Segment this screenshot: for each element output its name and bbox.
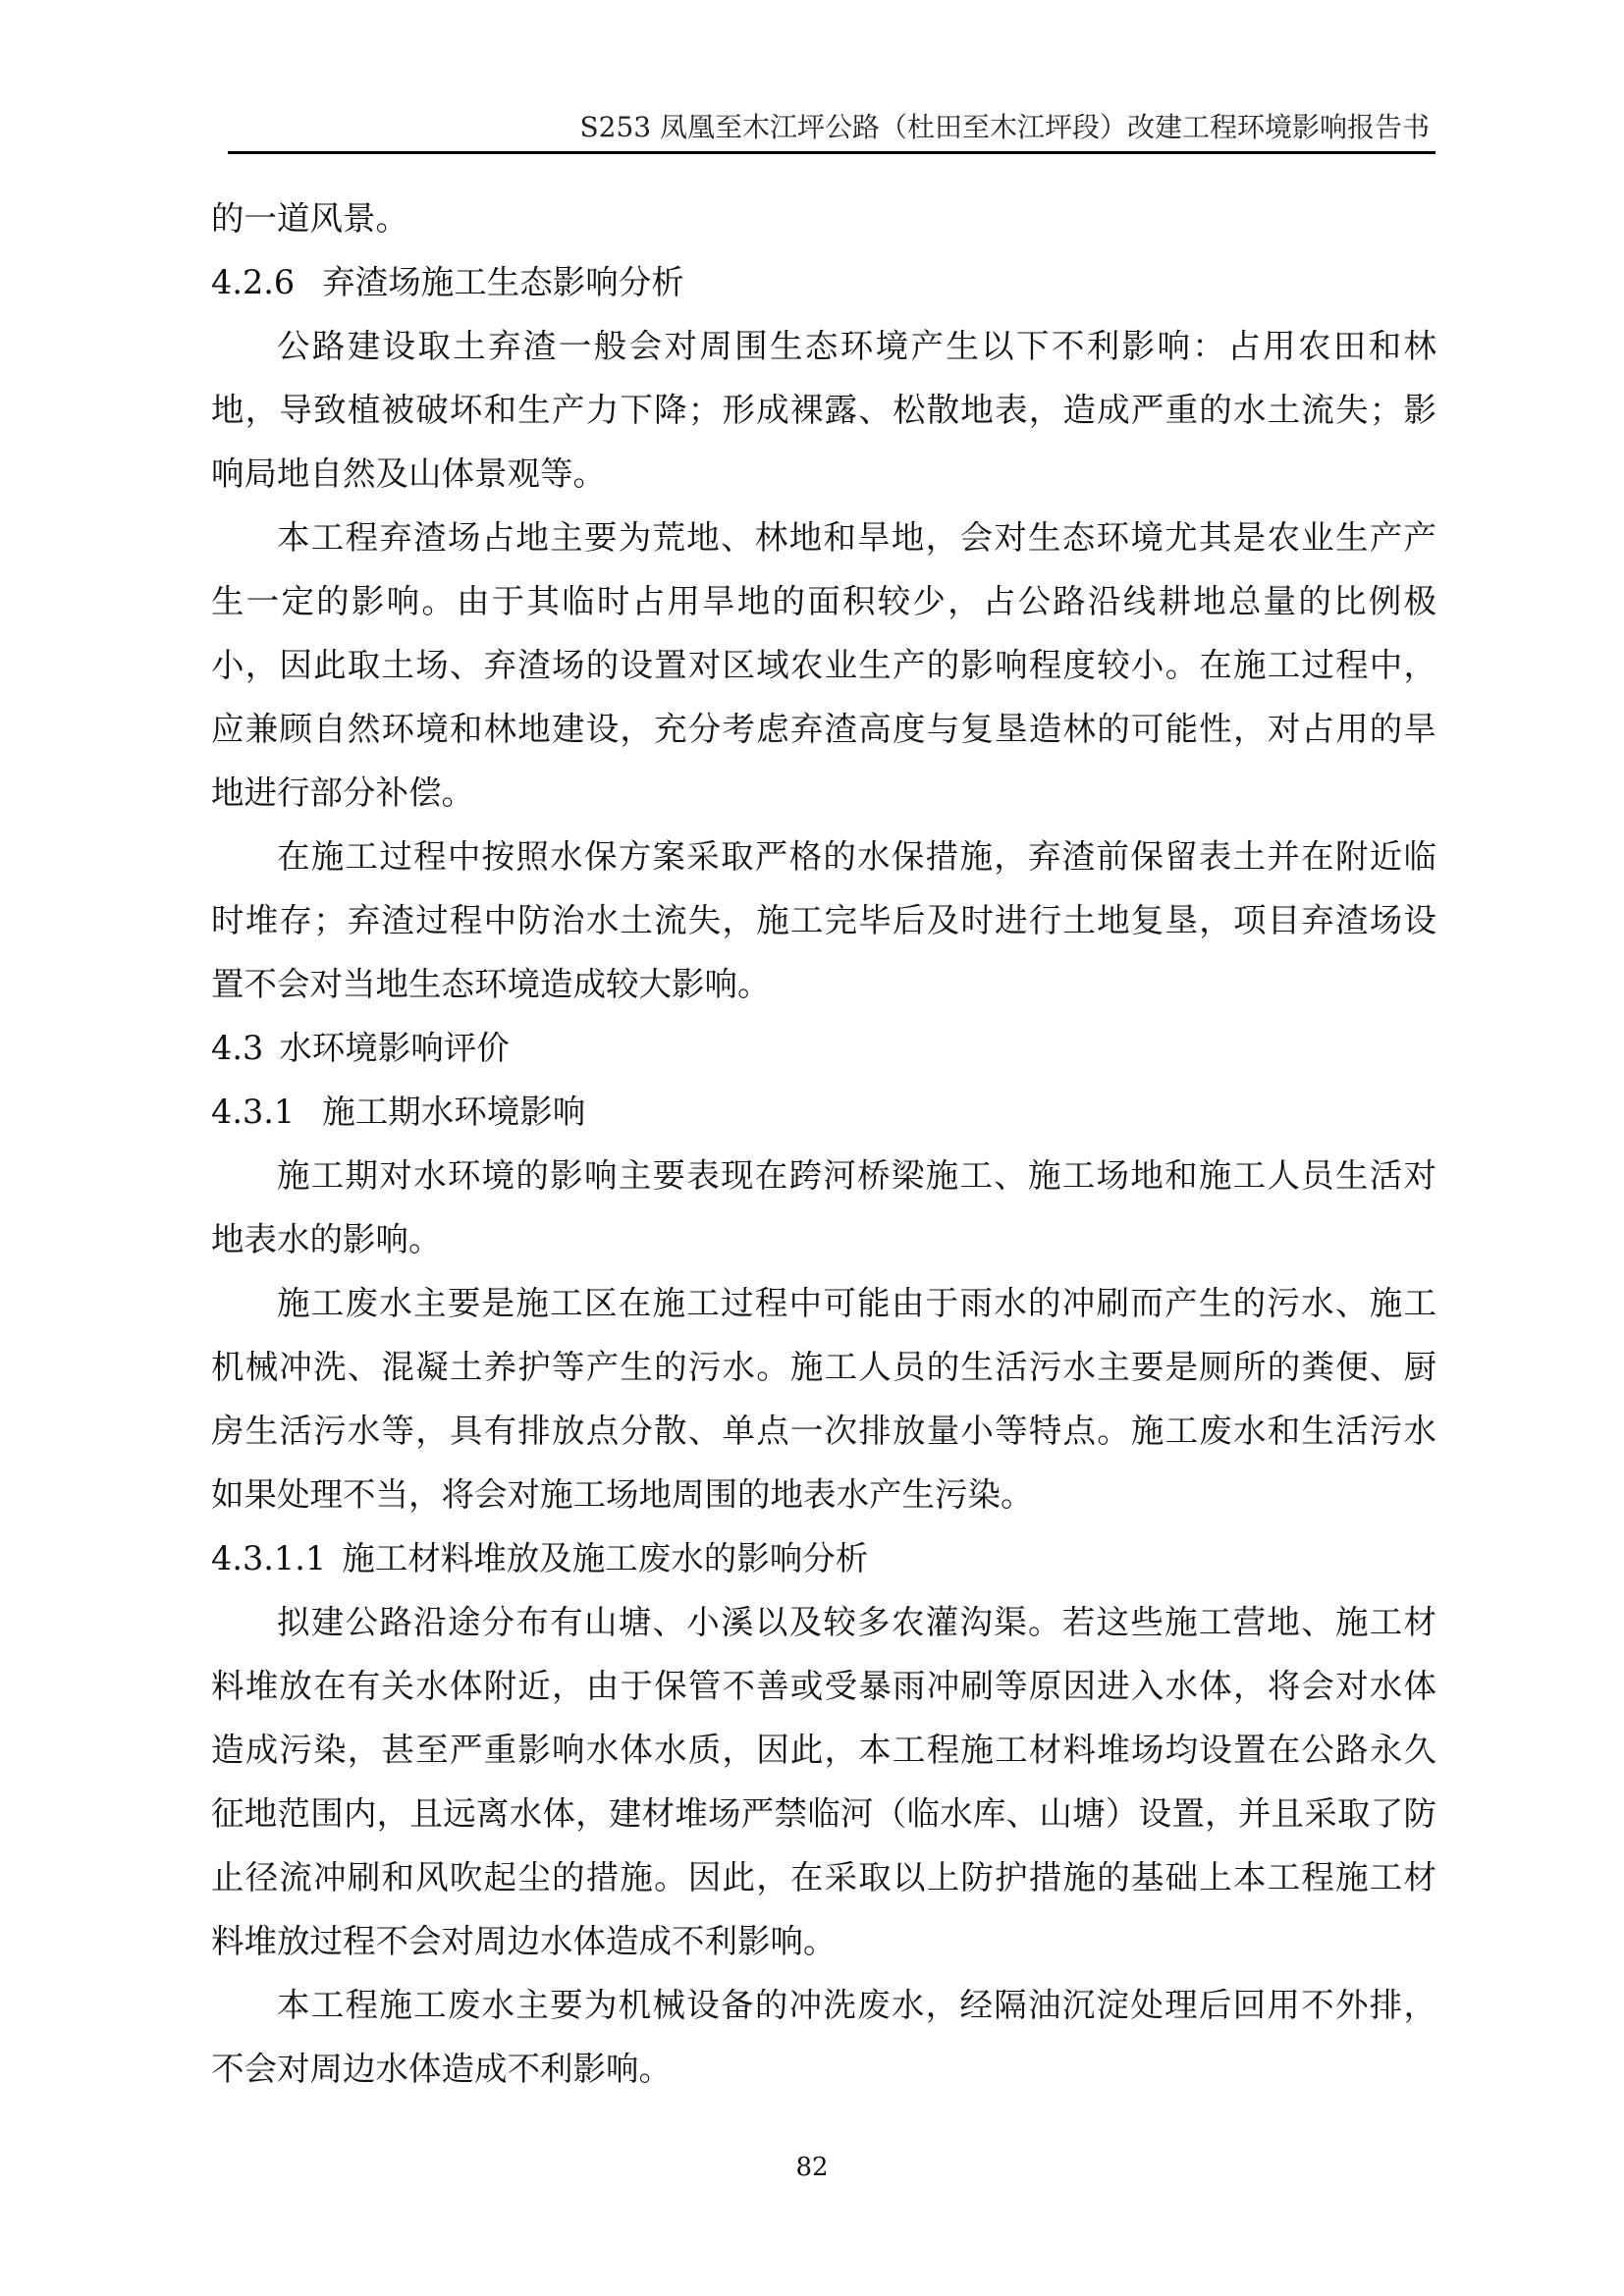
section-heading-4-3-1-1: 4.3.1.1施工材料堆放及施工废水的影响分析 [211, 1526, 1436, 1590]
paragraph-line: 不会对周边水体造成不利影响。 [211, 2037, 1436, 2101]
paragraph: 拟建公路沿途分布有山塘、小溪以及较多农灌沟渠。若这些施工营地、施工材 料堆放在有… [211, 1590, 1436, 1973]
heading-number: 4.3 [211, 1016, 263, 1080]
paragraph: 施工废水主要是施工区在施工过程中可能由于雨水的冲刷而产生的污水、施工 机械冲洗、… [211, 1271, 1436, 1526]
heading-title: 弃渣场施工生态影响分析 [322, 263, 684, 301]
paragraph: 公路建设取土弃渣一般会对周围生态环境产生以下不利影响：占用农田和林 地，导致植被… [211, 314, 1436, 506]
paragraph-line: 本工程弃渣场占地主要为荒地、林地和旱地，会对生态环境尤其是农业生产产 [211, 506, 1436, 569]
heading-number: 4.3.1 [211, 1080, 295, 1144]
paragraph-line: 如果处理不当，将会对施工场地周围的地表水产生污染。 [211, 1463, 1436, 1526]
heading-number: 4.2.6 [211, 250, 295, 314]
paragraph-line: 料堆放在有关水体附近，由于保管不善或受暴雨冲刷等原因进入水体，将会对水体 [211, 1654, 1436, 1718]
heading-title: 施工期水环境影响 [322, 1093, 585, 1131]
paragraph: 在施工过程中按照水保方案采取严格的水保措施，弃渣前保留表土并在附近临 时堆存；弃… [211, 825, 1436, 1016]
paragraph-line: 在施工过程中按照水保方案采取严格的水保措施，弃渣前保留表土并在附近临 [211, 825, 1436, 888]
paragraph-line: 应兼顾自然环境和林地建设，充分考虑弃渣高度与复垦造林的可能性，对占用的旱 [211, 697, 1436, 761]
paragraph: 本工程施工废水主要为机械设备的冲洗废水，经隔油沉淀处理后回用不外排， 不会对周边… [211, 1973, 1436, 2101]
paragraph-line: 本工程施工废水主要为机械设备的冲洗废水，经隔油沉淀处理后回用不外排， [211, 1973, 1436, 2037]
paragraph-line: 地进行部分补偿。 [211, 761, 1436, 825]
paragraph-line: 生一定的影响。由于其临时占用旱地的面积较少，占公路沿线耕地总量的比例极 [211, 569, 1436, 633]
paragraph-line: 时堆存；弃渣过程中防治水土流失，施工完毕后及时进行土地复垦，项目弃渣场设 [211, 888, 1436, 952]
paragraph: 本工程弃渣场占地主要为荒地、林地和旱地，会对生态环境尤其是农业生产产 生一定的影… [211, 506, 1436, 825]
document-title: S253 凤凰至木江坪公路（杜田至木江坪段）改建工程环境影响报告书 [579, 106, 1430, 145]
section-heading-4-2-6: 4.2.6弃渣场施工生态影响分析 [211, 250, 1436, 314]
paragraph-line: 响局地自然及山体景观等。 [211, 442, 1436, 506]
document-body: 的一道风景。 4.2.6弃渣场施工生态影响分析 公路建设取土弃渣一般会对周围生态… [211, 187, 1436, 2101]
section-heading-4-3-1: 4.3.1施工期水环境影响 [211, 1080, 1436, 1144]
paragraph-line: 止径流冲刷和风吹起尘的措施。因此，在采取以上防护措施的基础上本工程施工材 [211, 1845, 1436, 1909]
paragraph-line: 房生活污水等，具有排放点分散、单点一次排放量小等特点。施工废水和生活污水 [211, 1399, 1436, 1463]
paragraph: 施工期对水环境的影响主要表现在跨河桥梁施工、施工场地和施工人员生活对 地表水的影… [211, 1144, 1436, 1271]
continuation-line: 的一道风景。 [211, 187, 1436, 250]
paragraph-line: 拟建公路沿途分布有山塘、小溪以及较多农灌沟渠。若这些施工营地、施工材 [211, 1590, 1436, 1654]
paragraph-line: 公路建设取土弃渣一般会对周围生态环境产生以下不利影响：占用农田和林 [211, 314, 1436, 378]
paragraph-line: 料堆放过程不会对周边水体造成不利影响。 [211, 1909, 1436, 1973]
heading-number: 4.3.1.1 [211, 1526, 326, 1590]
page-number: 82 [0, 2153, 1624, 2182]
section-heading-4-3: 4.3水环境影响评价 [211, 1016, 1436, 1080]
paragraph-line: 造成污染，甚至严重影响水体水质，因此，本工程施工材料堆场均设置在公路永久 [211, 1718, 1436, 1782]
page-header: S253 凤凰至木江坪公路（杜田至木江坪段）改建工程环境影响报告书 [228, 106, 1435, 154]
paragraph-line: 机械冲洗、混凝土养护等产生的污水。施工人员的生活污水主要是厕所的粪便、厨 [211, 1335, 1436, 1399]
paragraph-line: 地，导致植被破坏和生产力下降；形成裸露、松散地表，造成严重的水土流失；影 [211, 378, 1436, 442]
paragraph-line: 施工废水主要是施工区在施工过程中可能由于雨水的冲刷而产生的污水、施工 [211, 1271, 1436, 1335]
heading-title: 施工材料堆放及施工废水的影响分析 [342, 1539, 868, 1577]
paragraph-line: 置不会对当地生态环境造成较大影响。 [211, 952, 1436, 1016]
heading-title: 水环境影响评价 [279, 1029, 510, 1067]
paragraph-line: 小，因此取土场、弃渣场的设置对区域农业生产的影响程度较小。在施工过程中， [211, 633, 1436, 697]
paragraph-line: 征地范围内，且远离水体，建材堆场严禁临河（临水库、山塘）设置，并且采取了防 [211, 1782, 1436, 1845]
paragraph-line: 地表水的影响。 [211, 1207, 1436, 1271]
paragraph-line: 施工期对水环境的影响主要表现在跨河桥梁施工、施工场地和施工人员生活对 [211, 1144, 1436, 1207]
